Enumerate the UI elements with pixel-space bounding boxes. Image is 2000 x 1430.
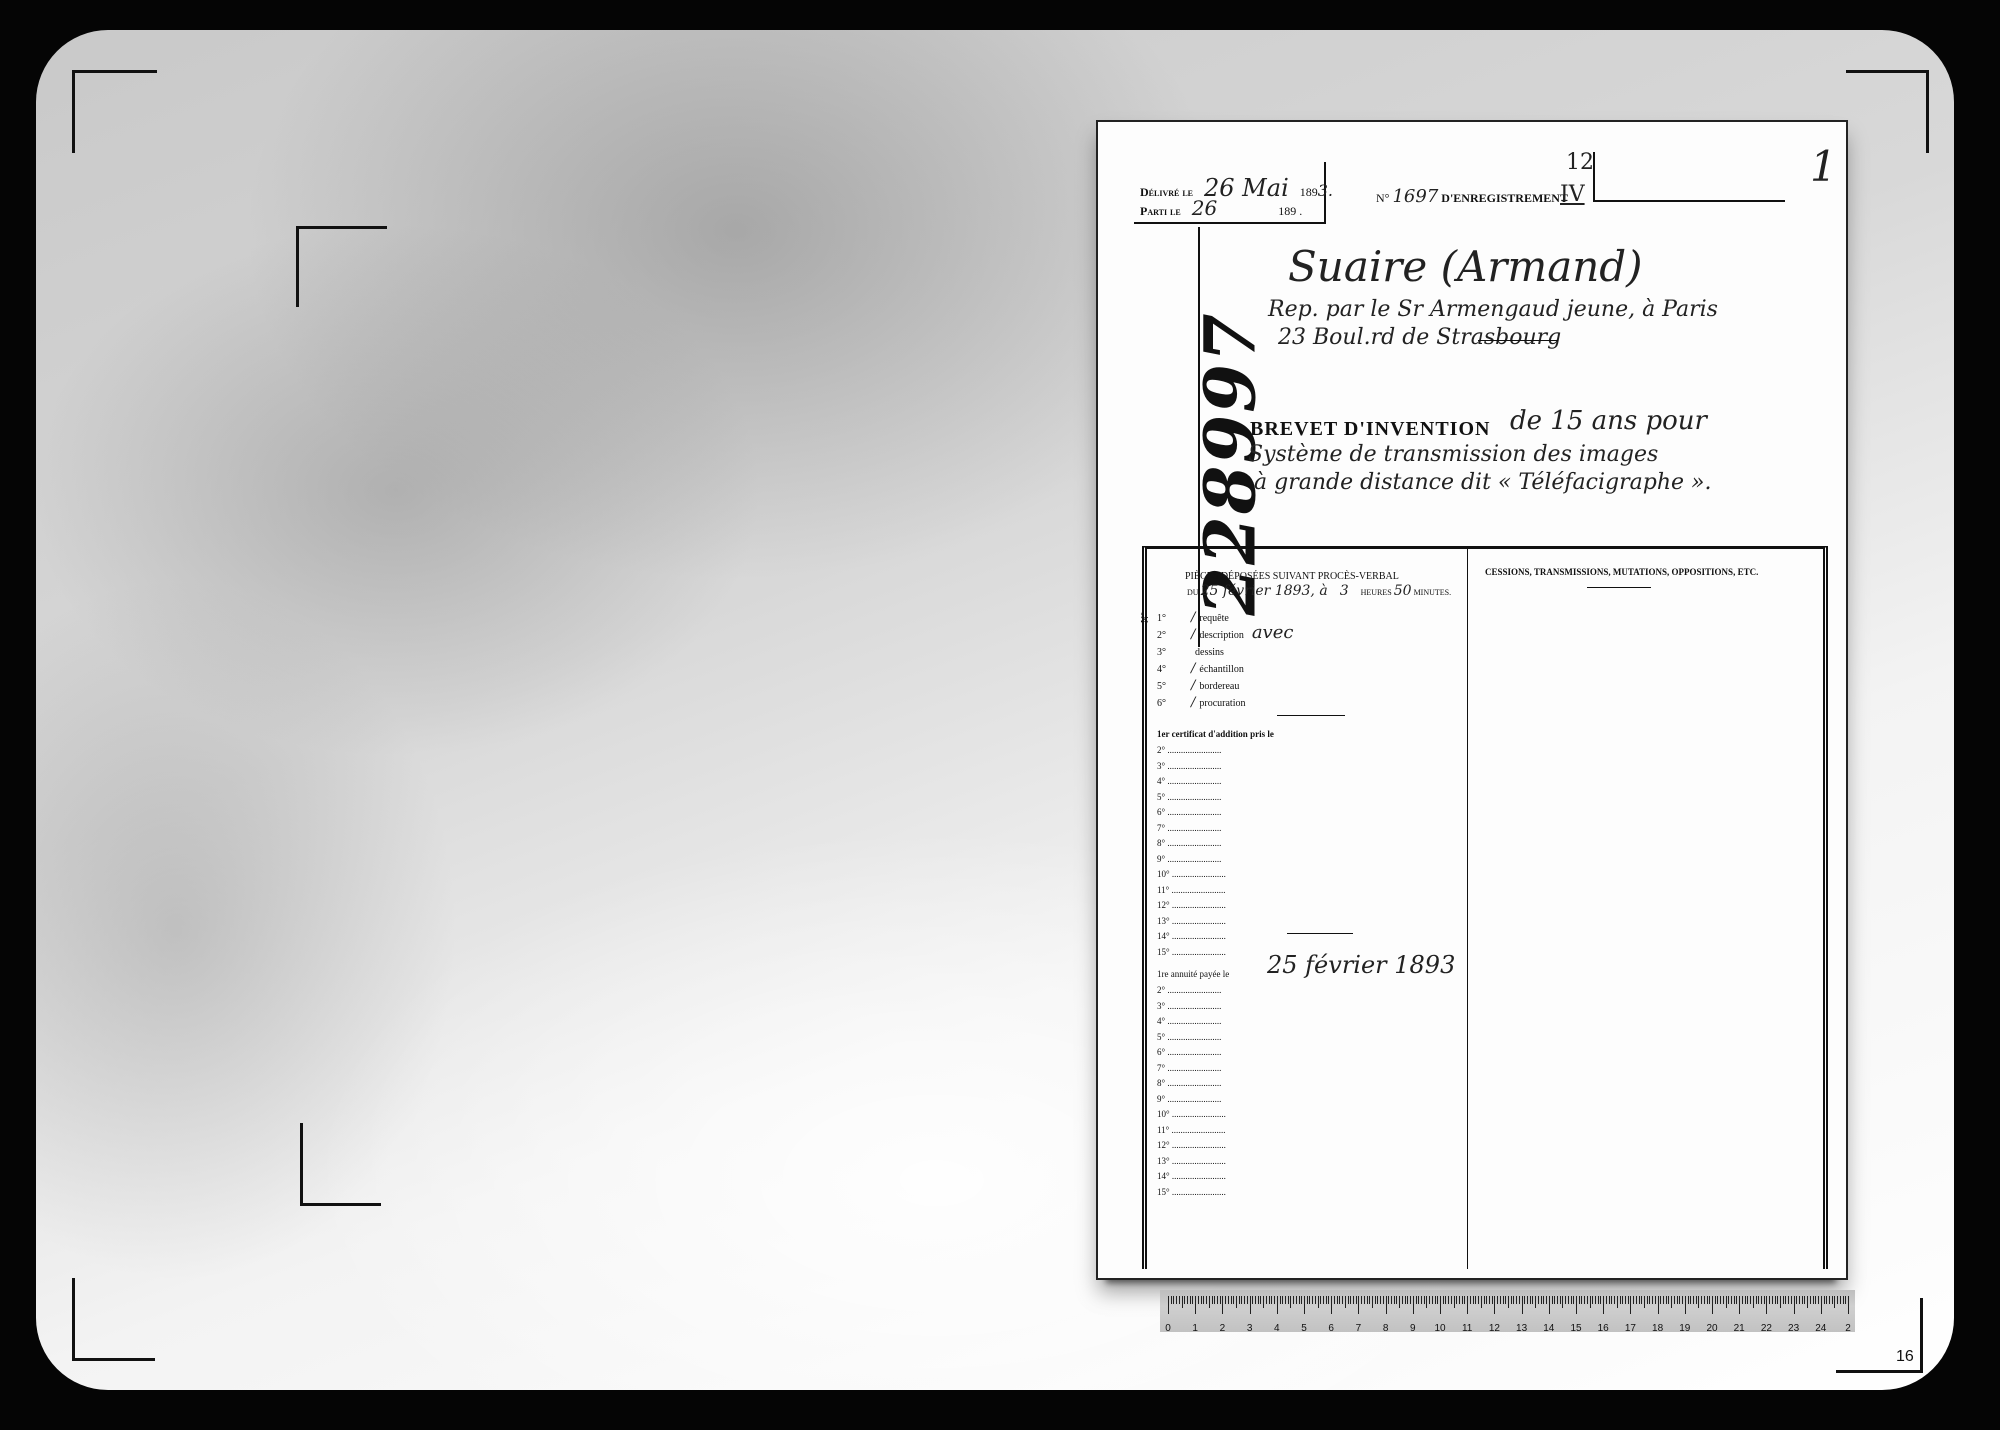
ruler-tick: [1530, 1296, 1531, 1304]
ruler-tick: [1636, 1296, 1637, 1304]
scale-ruler: 0123456789101112131415161718192021222324…: [1160, 1290, 1855, 1332]
ruler-label: 10: [1434, 1323, 1445, 1334]
ruler-tick: [1698, 1296, 1699, 1308]
ruler-tick: [1440, 1296, 1441, 1314]
ruler-tick: [1560, 1296, 1561, 1304]
certificate-line: 9° ........................: [1157, 854, 1221, 864]
ruler-tick: [1380, 1296, 1381, 1304]
annuity-line: 3° ........................: [1157, 1001, 1221, 1011]
registration-no-prefix: N°: [1376, 191, 1389, 205]
pieces-divider: [1277, 715, 1345, 716]
ruler-tick: [1562, 1296, 1563, 1308]
ruler-tick: [1203, 1296, 1204, 1304]
ruler-tick: [1307, 1296, 1308, 1304]
ruler-tick: [1753, 1296, 1754, 1308]
ruler-tick: [1432, 1296, 1433, 1304]
ruler-tick: [1824, 1296, 1825, 1304]
ruler-tick: [1312, 1296, 1313, 1304]
title-line3: à grande distance dit « Téléfacigraphe »…: [1254, 470, 1711, 495]
ruler-tick: [1263, 1296, 1264, 1308]
ruler-tick: [1541, 1296, 1542, 1304]
certificate-line: 11° ........................: [1157, 885, 1226, 895]
registration-label: D'ENREGISTREMENT: [1441, 191, 1568, 205]
ruler-tick: [1309, 1296, 1310, 1304]
certificates-first: 1er certificat d'addition pris le: [1157, 729, 1274, 739]
ruler-tick: [1247, 1296, 1248, 1304]
ruler-tick: [1473, 1296, 1474, 1304]
ruler-tick: [1190, 1296, 1191, 1304]
ruler-tick: [1532, 1296, 1533, 1304]
ruler-tick: [1571, 1296, 1572, 1304]
title-duration: de 15 ans pour: [1510, 406, 1707, 436]
ruler-tick: [1764, 1296, 1765, 1304]
title-line2: Système de transmission des images: [1248, 442, 1658, 467]
ruler-tick: [1538, 1296, 1539, 1304]
ruler-tick: [1478, 1296, 1479, 1304]
ruler-tick: [1677, 1296, 1678, 1304]
minute-value: 50: [1394, 583, 1412, 599]
ruler-label: 16: [1598, 1323, 1609, 1334]
ruler-tick: [1195, 1296, 1196, 1314]
ruler-tick: [1603, 1296, 1604, 1314]
certificate-line: 8° ........................: [1157, 838, 1221, 848]
piece-mark: /: [1191, 695, 1195, 710]
ruler-tick: [1318, 1296, 1319, 1308]
ruler-tick: [1647, 1296, 1648, 1304]
ruler-tick: [1459, 1296, 1460, 1304]
ruler-tick: [1549, 1296, 1550, 1314]
registration-box: [1593, 152, 1785, 202]
ruler-tick: [1663, 1296, 1664, 1304]
ruler-tick: [1611, 1296, 1612, 1304]
pieces-heading: PIÈCES DÉPOSÉES SUIVANT PROCÈS-VERBAL: [1185, 571, 1399, 582]
ruler-tick: [1421, 1296, 1422, 1304]
ruler-tick: [1641, 1296, 1642, 1304]
ruler-tick: [1293, 1296, 1294, 1304]
ruler-tick: [1625, 1296, 1626, 1304]
ruler-tick: [1837, 1296, 1838, 1304]
du-value: 25 février 1893, à: [1201, 583, 1328, 599]
ruler-tick: [1486, 1296, 1487, 1304]
ruler-tick: [1731, 1296, 1732, 1304]
ruler-tick: [1233, 1296, 1234, 1304]
ruler-tick: [1280, 1296, 1281, 1304]
ruler-label: 6: [1328, 1323, 1334, 1334]
ruler-tick: [1600, 1296, 1601, 1304]
cessions-divider: [1587, 587, 1651, 588]
ruler-tick: [1456, 1296, 1457, 1304]
parti-value: 26: [1192, 196, 1217, 220]
ruler-tick: [1685, 1296, 1686, 1314]
ruler-label: 17: [1625, 1323, 1636, 1334]
ruler-tick: [1337, 1296, 1338, 1304]
ruler-tick: [1462, 1296, 1463, 1304]
ruler-tick: [1815, 1296, 1816, 1304]
ruler-tick: [1696, 1296, 1697, 1304]
ruler-tick: [1416, 1296, 1417, 1304]
ruler-tick: [1726, 1296, 1727, 1308]
minute-label: MINUTES.: [1414, 588, 1452, 597]
ruler-tick: [1285, 1296, 1286, 1304]
registration-box-bottom: IV: [1560, 182, 1585, 207]
ruler-tick: [1225, 1296, 1226, 1304]
ruler-tick: [1301, 1296, 1302, 1304]
ruler-tick: [1840, 1296, 1841, 1304]
ruler-tick: [1761, 1296, 1762, 1304]
ruler-tick: [1179, 1296, 1180, 1304]
ruler-tick: [1445, 1296, 1446, 1304]
ruler-tick: [1519, 1296, 1520, 1304]
parti-row: Parti le 26 189 .: [1140, 196, 1302, 220]
ruler-label: 2: [1220, 1323, 1226, 1334]
ruler-tick: [1524, 1296, 1525, 1304]
ruler-tick: [1516, 1296, 1517, 1304]
patent-document: 1 Délivré le 26 Mai 1893. Parti le 26 18…: [1098, 122, 1846, 1278]
ruler-tick: [1323, 1296, 1324, 1304]
annuity-line: 9° ........................: [1157, 1094, 1221, 1104]
ruler-tick: [1739, 1296, 1740, 1314]
parti-year: 189: [1278, 204, 1296, 218]
ruler-tick: [1652, 1296, 1653, 1304]
ruler-tick: [1304, 1296, 1305, 1314]
page-number: 1: [1810, 142, 1837, 191]
ruler-tick: [1690, 1296, 1691, 1304]
ruler-tick: [1228, 1296, 1229, 1304]
registration-mark-top-left: [72, 70, 157, 153]
certificate-line: 13° ........................: [1157, 916, 1226, 926]
ruler-tick: [1756, 1296, 1757, 1304]
heure-label: HEURES: [1361, 588, 1392, 597]
ruler-tick: [1813, 1296, 1814, 1304]
piece-label: procuration: [1199, 698, 1245, 709]
ruler-tick: [1546, 1296, 1547, 1304]
certificates-divider: [1287, 933, 1353, 934]
registration-mark-top-right: [1846, 70, 1929, 153]
ruler-tick: [1832, 1296, 1833, 1304]
registration-no-value: 1697: [1392, 186, 1438, 207]
ruler-tick: [1785, 1296, 1786, 1304]
ruler-tick: [1418, 1296, 1419, 1304]
ruler-label: 15: [1570, 1323, 1581, 1334]
ruler-tick: [1717, 1296, 1718, 1304]
ruler-label: 3: [1247, 1323, 1253, 1334]
ruler-tick: [1655, 1296, 1656, 1304]
ruler-tick: [1505, 1296, 1506, 1304]
annuity-line: 8° ........................: [1157, 1078, 1221, 1088]
ruler-tick: [1252, 1296, 1253, 1304]
ruler-tick: [1671, 1296, 1672, 1308]
ruler-tick: [1206, 1296, 1207, 1304]
ruler-tick: [1383, 1296, 1384, 1304]
ruler-tick: [1736, 1296, 1737, 1304]
ruler-label: 23: [1788, 1323, 1799, 1334]
ruler-tick: [1377, 1296, 1378, 1304]
ruler-tick: [1429, 1296, 1430, 1304]
ruler-tick: [1290, 1296, 1291, 1308]
ruler-tick: [1231, 1296, 1232, 1304]
ruler-tick: [1568, 1296, 1569, 1304]
ruler-tick: [1266, 1296, 1267, 1304]
ruler-tick: [1481, 1296, 1482, 1308]
ruler-tick: [1361, 1296, 1362, 1304]
ruler-tick: [1666, 1296, 1667, 1304]
ruler-tick: [1622, 1296, 1623, 1304]
ruler-tick: [1620, 1296, 1621, 1304]
ruler-tick: [1592, 1296, 1593, 1304]
ruler-tick: [1212, 1296, 1213, 1304]
annuity-line: 14° ........................: [1157, 1171, 1226, 1181]
registration-box-top: 12: [1566, 150, 1594, 175]
ruler-tick: [1573, 1296, 1574, 1304]
ruler-label: 0: [1165, 1323, 1171, 1334]
ruler-tick: [1628, 1296, 1629, 1304]
certificate-line: 2° ........................: [1157, 745, 1221, 755]
ruler-tick: [1282, 1296, 1283, 1304]
pv-date-row: DU 25 février 1893, à 3 HEURES 50 MINUTE…: [1187, 583, 1451, 599]
ruler-tick: [1609, 1296, 1610, 1304]
ruler-tick: [1331, 1296, 1332, 1314]
ruler-label: 9: [1410, 1323, 1416, 1334]
ruler-tick: [1848, 1296, 1849, 1314]
ruler-tick: [1796, 1296, 1797, 1304]
ruler-tick: [1250, 1296, 1251, 1314]
ruler-tick: [1489, 1296, 1490, 1304]
du-label: DU: [1187, 588, 1199, 597]
ruler-tick: [1274, 1296, 1275, 1304]
ruler-tick: [1565, 1296, 1566, 1304]
ruler-label: 24: [1815, 1323, 1826, 1334]
ruler-tick: [1296, 1296, 1297, 1304]
ruler-tick: [1198, 1296, 1199, 1304]
annuity-line: 10° ........................: [1157, 1109, 1226, 1119]
ruler-tick: [1437, 1296, 1438, 1304]
ruler-tick: [1184, 1296, 1185, 1304]
certificate-line: 7° ........................: [1157, 823, 1221, 833]
certificate-line: 10° ........................: [1157, 869, 1226, 879]
ruler-tick: [1239, 1296, 1240, 1304]
ruler-tick: [1658, 1296, 1659, 1314]
certificate-line: 6° ........................: [1157, 807, 1221, 817]
ruler-tick: [1467, 1296, 1468, 1314]
ruler-tick: [1222, 1296, 1223, 1314]
ruler-label: 1: [1192, 1323, 1198, 1334]
ruler-tick: [1405, 1296, 1406, 1304]
applicant-underline: [1478, 340, 1558, 341]
ruler-tick: [1168, 1296, 1169, 1314]
ruler-tick: [1271, 1296, 1272, 1304]
ruler-tick: [1464, 1296, 1465, 1304]
ruler-tick: [1508, 1296, 1509, 1308]
ruler-tick: [1804, 1296, 1805, 1304]
registration-mark-inner-bottom-left: [300, 1123, 381, 1206]
ruler-tick: [1707, 1296, 1708, 1304]
ruler-tick: [1470, 1296, 1471, 1304]
annuity-line: 13° ........................: [1157, 1156, 1226, 1166]
ruler-tick: [1372, 1296, 1373, 1308]
ruler-tick: [1584, 1296, 1585, 1304]
ruler-tick: [1443, 1296, 1444, 1304]
title-label: BREVET D'INVENTION: [1250, 418, 1490, 441]
ruler-tick: [1807, 1296, 1808, 1308]
ruler-tick: [1758, 1296, 1759, 1304]
ruler-tick: [1679, 1296, 1680, 1304]
ruler-tick: [1500, 1296, 1501, 1304]
ruler-tick: [1258, 1296, 1259, 1304]
ruler-tick: [1668, 1296, 1669, 1304]
ruler-tick: [1241, 1296, 1242, 1304]
ruler-tick: [1639, 1296, 1640, 1304]
ruler-label: 11: [1462, 1323, 1472, 1334]
annuity-line: 11° ........................: [1157, 1125, 1226, 1135]
ruler-tick: [1220, 1296, 1221, 1304]
ruler-tick: [1353, 1296, 1354, 1304]
ruler-tick: [1326, 1296, 1327, 1304]
registration-mark-bottom-left: [72, 1278, 155, 1361]
ruler-tick: [1617, 1296, 1618, 1308]
ruler-tick: [1375, 1296, 1376, 1304]
ruler-tick: [1386, 1296, 1387, 1314]
ruler-tick: [1369, 1296, 1370, 1304]
ruler-label: 12: [1489, 1323, 1500, 1334]
parti-label: Parti le: [1140, 204, 1181, 218]
ruler-tick: [1217, 1296, 1218, 1304]
ruler-tick: [1350, 1296, 1351, 1304]
certificate-line: 4° ........................: [1157, 776, 1221, 786]
ruler-tick: [1277, 1296, 1278, 1314]
ruler-label: 5: [1301, 1323, 1307, 1334]
ruler-tick: [1777, 1296, 1778, 1304]
delivre-year: 189: [1300, 185, 1318, 199]
ruler-tick: [1791, 1296, 1792, 1304]
ruler-tick: [1783, 1296, 1784, 1304]
registration-row: N° 1697 D'ENREGISTREMENT: [1376, 186, 1568, 207]
ruler-tick: [1590, 1296, 1591, 1308]
ruler-tick: [1660, 1296, 1661, 1304]
annuity-line: 6° ........................: [1157, 1047, 1221, 1057]
certificate-line: 5° ........................: [1157, 792, 1221, 802]
ruler-tick: [1484, 1296, 1485, 1304]
ruler-tick: [1772, 1296, 1773, 1304]
annuity-line: 15° ........................: [1157, 1187, 1226, 1197]
ruler-tick: [1829, 1296, 1830, 1304]
cessions-heading: CESSIONS, TRANSMISSIONS, MUTATIONS, OPPO…: [1485, 567, 1758, 577]
ruler-tick: [1209, 1296, 1210, 1308]
ruler-tick: [1750, 1296, 1751, 1304]
ruler-tick: [1255, 1296, 1256, 1304]
ruler-tick: [1503, 1296, 1504, 1304]
ruler-tick: [1595, 1296, 1596, 1304]
ruler-tick: [1554, 1296, 1555, 1304]
ruler-tick: [1821, 1296, 1822, 1314]
ruler-tick: [1715, 1296, 1716, 1304]
ruler-tick: [1614, 1296, 1615, 1304]
ruler-tick: [1794, 1296, 1795, 1314]
ruler-tick: [1410, 1296, 1411, 1304]
piece-ordinal: 6°: [1157, 698, 1191, 709]
ruler-tick: [1704, 1296, 1705, 1304]
ruler-tick: [1511, 1296, 1512, 1304]
ruler-tick: [1320, 1296, 1321, 1304]
certificate-line: 12° ........................: [1157, 900, 1226, 910]
ruler-tick: [1780, 1296, 1781, 1308]
ruler-tick: [1742, 1296, 1743, 1304]
ruler-tick: [1734, 1296, 1735, 1304]
ruler-tick: [1644, 1296, 1645, 1308]
ruler-tick: [1769, 1296, 1770, 1304]
ruler-tick: [1552, 1296, 1553, 1304]
annuity-line: 7° ........................: [1157, 1063, 1221, 1073]
ruler-tick: [1356, 1296, 1357, 1304]
annuites-first-value: 25 février 1893: [1267, 951, 1455, 979]
ruler-tick: [1426, 1296, 1427, 1308]
ruler-tick: [1543, 1296, 1544, 1304]
ruler-tick: [1701, 1296, 1702, 1304]
registration-mark-inner-top-left: [296, 226, 387, 307]
ruler-tick: [1334, 1296, 1335, 1304]
ruler-tick: [1214, 1296, 1215, 1304]
ruler-tick: [1391, 1296, 1392, 1304]
ruler-tick: [1407, 1296, 1408, 1304]
ruler-tick: [1712, 1296, 1713, 1314]
ruler-tick: [1587, 1296, 1588, 1304]
ruler-tick: [1288, 1296, 1289, 1304]
ruler-tick: [1682, 1296, 1683, 1304]
ruler-tick: [1182, 1296, 1183, 1308]
ruler-tick: [1810, 1296, 1811, 1304]
ruler-tick: [1693, 1296, 1694, 1304]
ruler-tick: [1173, 1296, 1174, 1304]
ruler-tick: [1201, 1296, 1202, 1304]
ruler-tick: [1720, 1296, 1721, 1304]
annuites-first: 1re annuité payée le: [1157, 969, 1229, 979]
ruler-label: 21: [1734, 1323, 1745, 1334]
ruler-tick: [1394, 1296, 1395, 1304]
ruler-tick: [1674, 1296, 1675, 1304]
ruler-tick: [1171, 1296, 1172, 1304]
ruler-tick: [1598, 1296, 1599, 1304]
ruler-tick: [1688, 1296, 1689, 1304]
ruler-tick: [1236, 1296, 1237, 1308]
ruler-label: 20: [1706, 1323, 1717, 1334]
ruler-tick: [1358, 1296, 1359, 1314]
ruler-tick: [1834, 1296, 1835, 1308]
heure-value: 3: [1340, 583, 1349, 599]
ruler-tick: [1176, 1296, 1177, 1304]
ruler-tick: [1328, 1296, 1329, 1304]
ruler-tick: [1388, 1296, 1389, 1304]
ruler-label: 22: [1761, 1323, 1772, 1334]
ruler-tick: [1775, 1296, 1776, 1304]
ruler-tick: [1454, 1296, 1455, 1308]
ruler-tick: [1435, 1296, 1436, 1304]
piece-note: avec: [1252, 622, 1294, 643]
column-divider: [1467, 549, 1468, 1269]
ruler-tick: [1649, 1296, 1650, 1304]
ruler-tick: [1348, 1296, 1349, 1304]
ruler-tick: [1576, 1296, 1577, 1314]
ruler-tick: [1527, 1296, 1528, 1304]
ruler-tick: [1367, 1296, 1368, 1304]
ruler-tick: [1451, 1296, 1452, 1304]
ruler-tick: [1339, 1296, 1340, 1304]
record-table: PIÈCES DÉPOSÉES SUIVANT PROCÈS-VERBAL DU…: [1142, 546, 1828, 1269]
annuity-line: 2° ........................: [1157, 985, 1221, 995]
parti-year-suffix: .: [1299, 204, 1302, 218]
ruler-tick: [1728, 1296, 1729, 1304]
ruler-tick: [1723, 1296, 1724, 1304]
ruler-tick: [1260, 1296, 1261, 1304]
ruler-tick: [1342, 1296, 1343, 1304]
